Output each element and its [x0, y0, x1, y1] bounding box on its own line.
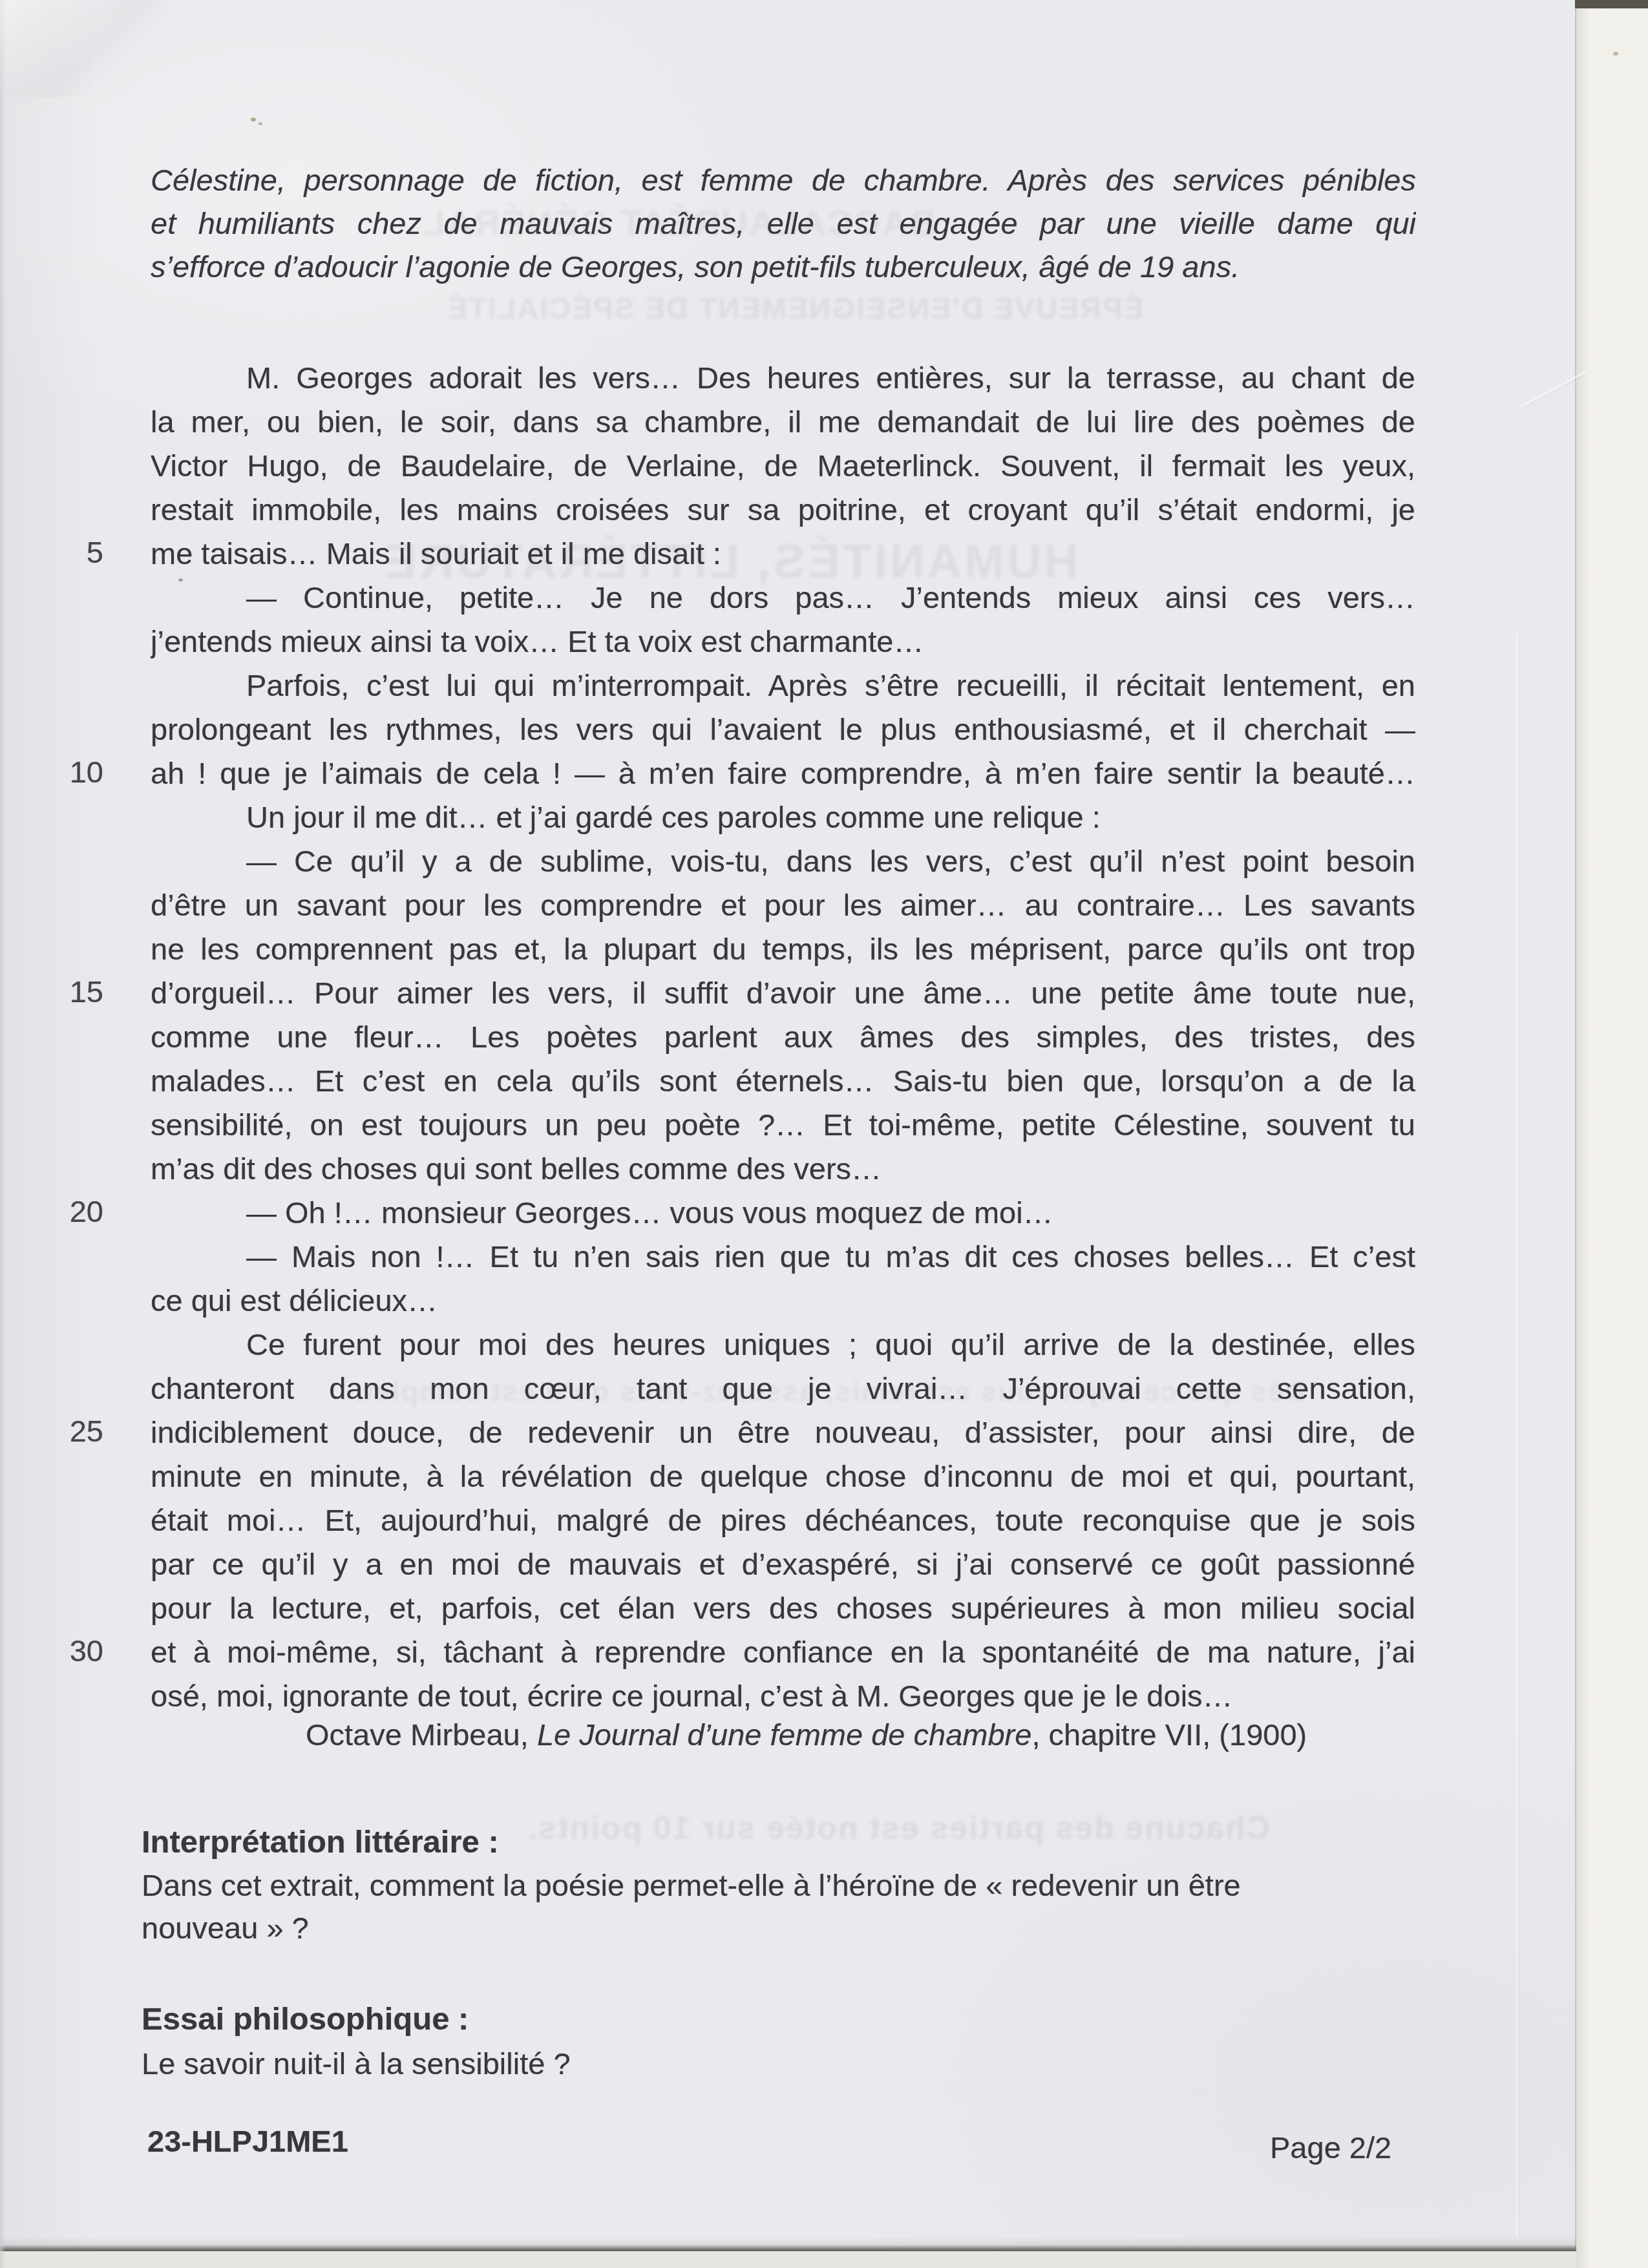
intro-line: s’efforce d’adoucir l’agonie de Georges,… [151, 245, 1416, 288]
intro-paragraph: Célestine, personnage de fiction, est fe… [151, 158, 1416, 288]
attribution: Octave Mirbeau, Le Journal d’une femme d… [306, 1713, 1307, 1757]
question-literary-text-line1: Dans cet extrait, comment la poésie perm… [142, 1864, 1408, 1907]
line-number: 30 [52, 1629, 103, 1673]
paper-crease [1516, 633, 1518, 2236]
excerpt-line: la mer, ou bien, le soir, dans sa chambr… [151, 400, 1415, 444]
excerpt-line: me taisais… Mais il souriait et il me di… [151, 532, 1415, 576]
excerpt-line: sensibilité, on est toujours un peu poèt… [151, 1103, 1415, 1147]
excerpt-line: ah ! que je l’aimais de cela ! — à m’en … [151, 751, 1415, 795]
question-literary-text-line2: nouveau » ? [142, 1907, 1408, 1949]
paper-stain-speck [1613, 52, 1618, 56]
scanner-right-margin [1575, 0, 1648, 2268]
excerpt-line: — Mais non !… Et tu n’en sais rien que t… [151, 1235, 1415, 1279]
question-literary-heading: Interprétation littéraire : [142, 1822, 1408, 1863]
line-number: 25 [52, 1409, 103, 1453]
line-number: 10 [52, 750, 103, 794]
excerpt-line: osé, moi, ignorante de tout, écrire ce j… [151, 1674, 1415, 1718]
line-number: 5 [52, 530, 103, 574]
scanned-exam-page: BACCALAURÉAT GÉNÉRAL ÉPREUVE D’ENSEIGNEM… [0, 0, 1648, 2268]
paper-corner-fold [0, 0, 168, 97]
excerpt-line: chanteront dans mon cœur, tant que je vi… [151, 1367, 1415, 1411]
excerpt-line: ce qui est délicieux… [151, 1279, 1415, 1323]
excerpt-line: prolongeant les rythmes, les vers qui l’… [151, 708, 1415, 751]
excerpt-line: et à moi-même, si, tâchant à reprendre c… [151, 1630, 1415, 1674]
scanner-edge-shadow [1575, 0, 1648, 8]
excerpt-line: était moi… Et, aujourd’hui, malgré de pi… [151, 1498, 1415, 1542]
excerpt-line: malades… Et c’est en cela qu’ils sont ét… [151, 1059, 1415, 1103]
excerpt-line: — Oh !… monsieur Georges… vous vous moqu… [151, 1191, 1415, 1235]
excerpt-line: Victor Hugo, de Baudelaire, de Verlaine,… [151, 444, 1415, 488]
excerpt-line: par ce qu’il y a en moi de mauvais et d’… [151, 1542, 1415, 1586]
excerpt-body: M. Georges adorait les vers… Des heures … [151, 356, 1415, 1718]
page-indicator: Page 2/2 [1270, 2128, 1391, 2168]
subject-code: 23-HLPJ1ME1 [147, 2121, 348, 2161]
paper-bottom-edge [0, 2237, 1576, 2251]
excerpt-line: j’entends mieux ainsi ta voix… Et ta voi… [151, 620, 1415, 664]
excerpt-line: pour la lecture, et, parfois, cet élan v… [151, 1586, 1415, 1630]
excerpt-line: indiciblement douce, de redevenir un êtr… [151, 1411, 1415, 1454]
intro-line: et humiliants chez de mauvais maîtres, e… [151, 202, 1416, 245]
attribution-detail: , chapitre VII, (1900) [1031, 1717, 1307, 1752]
line-number: 15 [52, 970, 103, 1014]
excerpt-line: Un jour il me dit… et j’ai gardé ces par… [151, 795, 1415, 839]
line-number: 20 [52, 1190, 103, 1234]
excerpt-line: d’orgueil… Pour aimer les vers, il suffi… [151, 971, 1415, 1015]
scanner-bottom-margin [0, 2251, 1576, 2268]
attribution-author: Octave Mirbeau, [306, 1717, 537, 1752]
intro-line: Célestine, personnage de fiction, est fe… [151, 158, 1416, 202]
excerpt-line: M. Georges adorait les vers… Des heures … [151, 356, 1415, 400]
question-philosophy-text: Le savoir nuit-il à la sensibilité ? [142, 2042, 1408, 2085]
ghost-text-epreuve: ÉPREUVE D’ENSEIGNEMENT DE SPÉCIALITÉ [362, 291, 1228, 326]
paper-left-edge-shadow [0, 0, 6, 2268]
excerpt-line: minute en minute, à la révélation de que… [151, 1454, 1415, 1498]
excerpt-line: comme une fleur… Les poètes parlent aux … [151, 1015, 1415, 1059]
excerpt-line: restait immobile, les mains croisées sur… [151, 488, 1415, 532]
excerpt-line: Parfois, c’est lui qui m’interrompait. A… [151, 664, 1415, 708]
excerpt-line: — Ce qu’il y a de sublime, vois-tu, dans… [151, 839, 1415, 883]
excerpt-line: — Continue, petite… Je ne dors pas… J’en… [151, 576, 1415, 620]
paper-stain-speck [251, 118, 256, 121]
excerpt-line: Ce furent pour moi des heures uniques ; … [151, 1323, 1415, 1367]
excerpt-line: d’être un savant pour les comprendre et … [151, 883, 1415, 927]
excerpt-line: ne les comprennent pas et, la plupart du… [151, 927, 1415, 971]
paper-stain-speck [259, 122, 262, 125]
excerpt-line: m’as dit des choses qui sont belles comm… [151, 1147, 1415, 1191]
book-title: Le Journal d’une femme de chambre [537, 1717, 1032, 1752]
question-philosophy-heading: Essai philosophique : [142, 1999, 1408, 2040]
